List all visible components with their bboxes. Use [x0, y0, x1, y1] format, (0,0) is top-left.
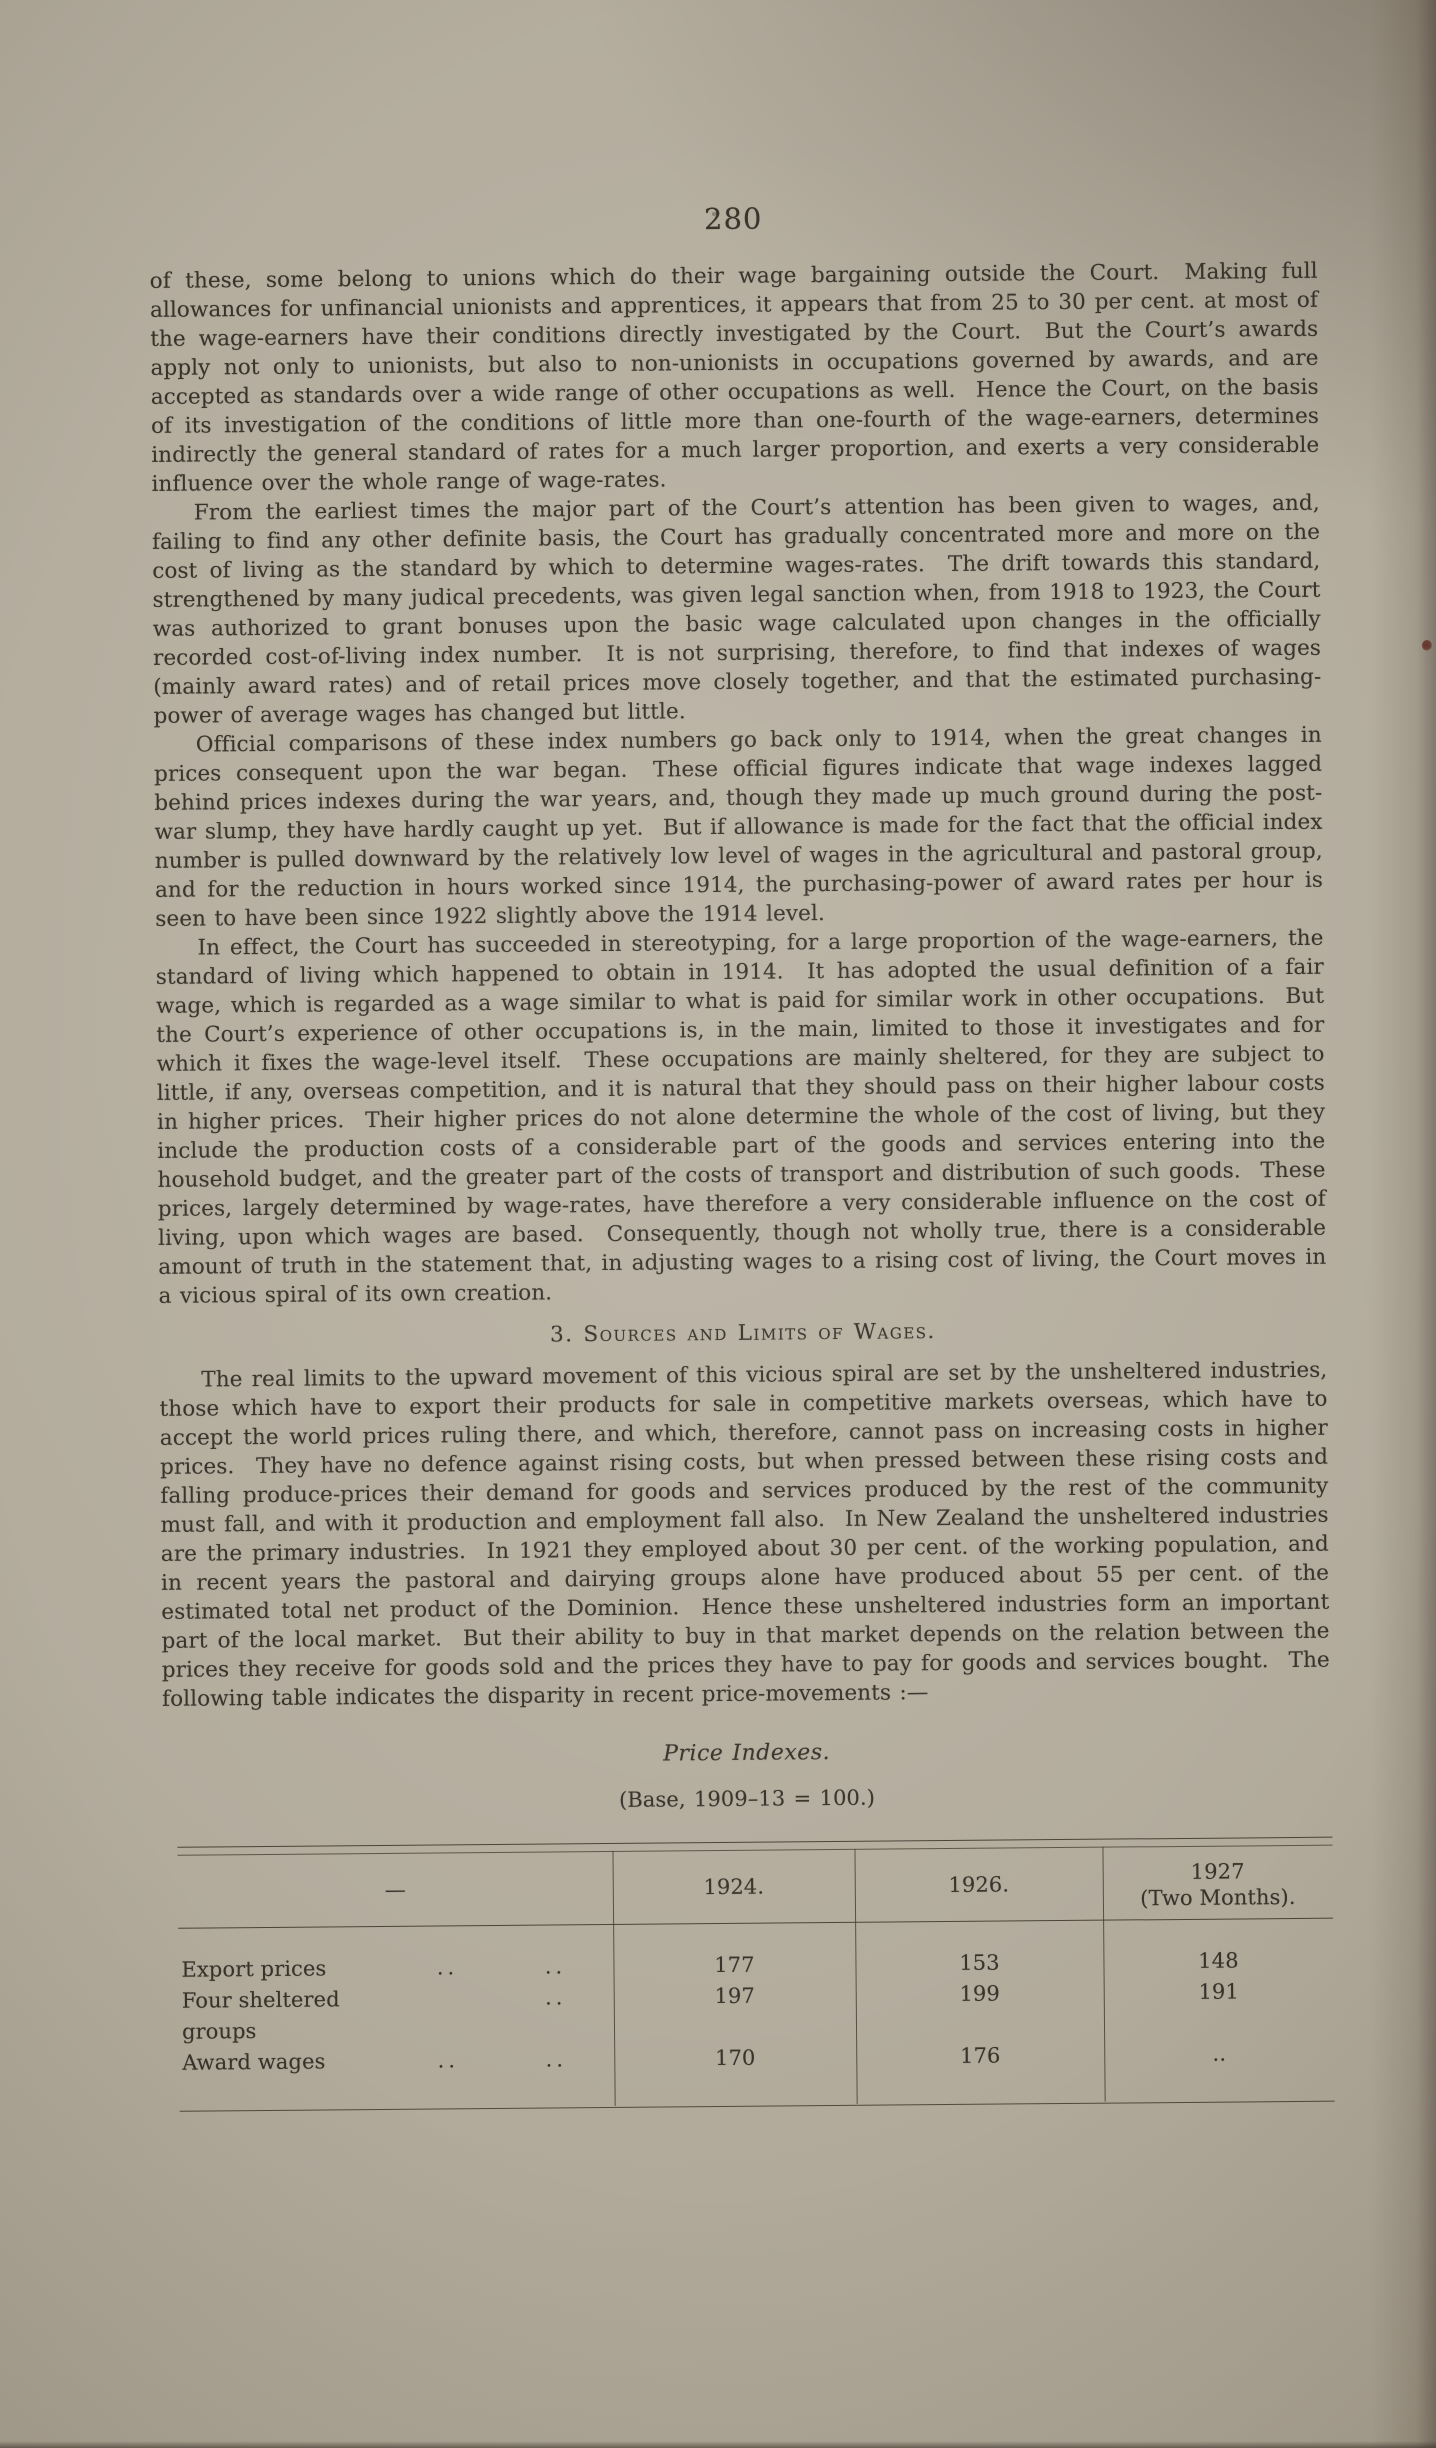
row-label: Export prices — [181, 1953, 393, 1986]
value-1924: 170 — [614, 2042, 856, 2075]
header-1927: 1927 (Two Months). — [1103, 1854, 1333, 1912]
body-paragraph: Official comparisons of these index numb… — [154, 721, 1324, 934]
text-column: 280 of these, some belong to unions whic… — [147, 0, 1333, 2112]
header-1927-note: (Two Months). — [1107, 1884, 1329, 1912]
value-1924: 177 — [613, 1949, 855, 1982]
scanned-book-page: 280 of these, some belong to unions whic… — [0, 0, 1436, 2448]
header-1924: 1924. — [613, 1871, 855, 1902]
page-number: 280 — [149, 200, 1317, 239]
leader-dots: .. — [501, 1951, 609, 1983]
table-row: Four sheltered groups .. 197 199 191 — [179, 1976, 1334, 2048]
body-paragraph: In effect, the Court has succeeded in st… — [155, 924, 1326, 1311]
row-label-cell: Award wages .. .. — [179, 2044, 614, 2079]
row-label-cell: Export prices .. .. — [178, 1951, 613, 1986]
header-1926: 1926. — [855, 1869, 1103, 1900]
value-1927: .. — [1104, 2038, 1334, 2071]
body-paragraph: From the earliest times the major part o… — [152, 489, 1322, 731]
value-1926: 153 — [855, 1947, 1103, 1980]
section-heading: 3. Sources and Limits of Wages. — [159, 1314, 1327, 1353]
value-1927: 191 — [1104, 1976, 1335, 2040]
table-title: Price Indexes. — [163, 1734, 1331, 1773]
row-label-cell: Four sheltered groups .. — [179, 1982, 615, 2048]
leader-dots: .. — [393, 1952, 501, 1984]
value-1926: 199 — [856, 1978, 1105, 2042]
table-caption: Price Indexes. (Base, 1909–13 = 100.) — [163, 1734, 1332, 1819]
body-paragraph-continued: of these, some belong to unions which do… — [150, 257, 1320, 499]
value-1927: 148 — [1103, 1945, 1333, 1978]
header-1927-year: 1927 — [1107, 1858, 1329, 1886]
price-index-table: — 1924. 1926. 1927 (Two Months). Export … — [177, 1837, 1334, 2112]
value-1924: 197 — [614, 1980, 857, 2044]
header-blank-dash: — — [178, 1873, 613, 1906]
value-1926: 176 — [856, 2040, 1104, 2073]
table-base-note: (Base, 1909–13 = 100.) — [163, 1780, 1331, 1819]
table-body: Export prices .. .. 177 153 148 Four she… — [178, 1919, 1335, 2111]
leader-dots — [394, 1983, 503, 2046]
table-header-row: — 1924. 1926. 1927 (Two Months). — [177, 1846, 1333, 1928]
row-label: Four sheltered groups — [182, 1984, 395, 2048]
ink-stain — [1422, 640, 1432, 651]
leader-dots: .. — [502, 1982, 611, 2045]
body-paragraph: The real limits to the upward movement o… — [159, 1356, 1330, 1714]
row-label: Award wages — [182, 2046, 394, 2079]
leader-dots: .. — [394, 2045, 502, 2077]
leader-dots: .. — [502, 2044, 610, 2076]
paper-speck — [712, 212, 716, 216]
page-sheet: 280 of these, some belong to unions whic… — [0, 0, 1436, 2448]
